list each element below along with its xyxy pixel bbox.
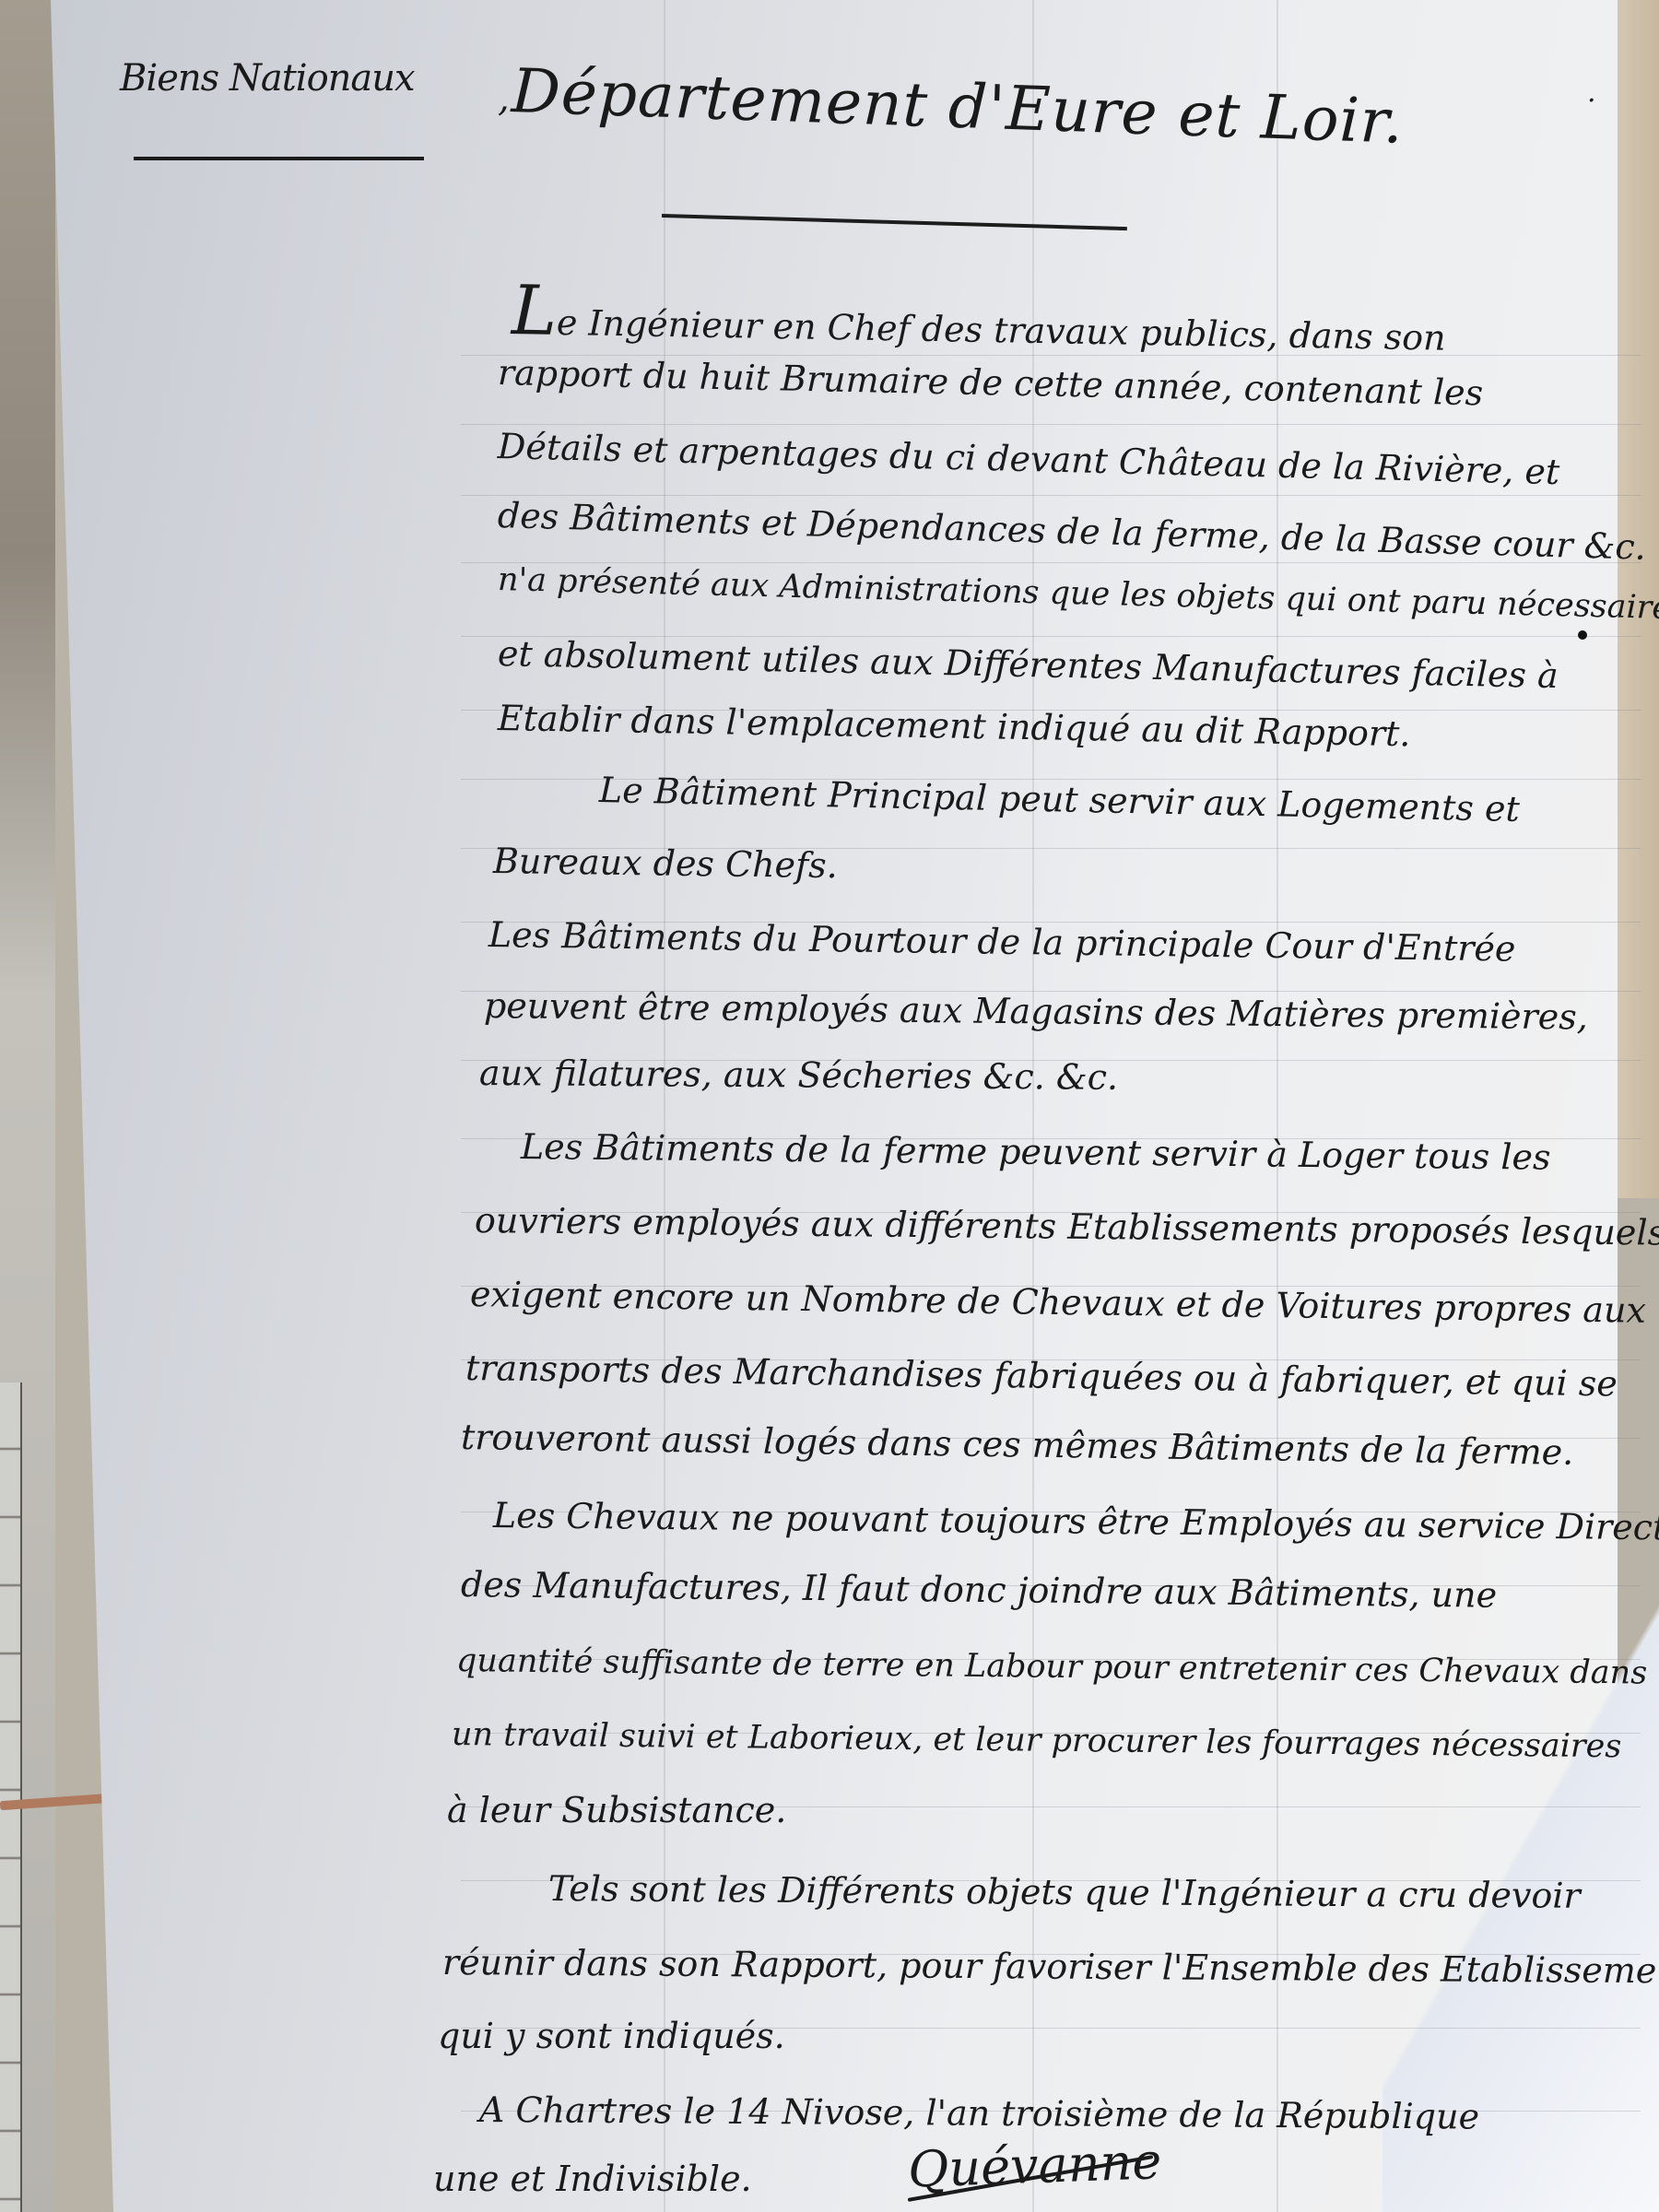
body-line: Tels sont les Différents objets que l'In… [548, 1871, 1581, 1913]
dropcap: L [511, 271, 558, 351]
body-line: à leur Subsistance. [447, 1793, 786, 1828]
page-edges-stack [0, 1382, 22, 2212]
left-heading: Biens Nationaux [120, 57, 415, 100]
body-line: réunir dans son Rapport, pour favoriser … [442, 1945, 1659, 1989]
body-line: A Chartres le 14 Nivose, l'an troisième … [479, 2092, 1479, 2135]
body-line: aux filatures, aux Sécheries &c. &c. [479, 1055, 1118, 1095]
body-line: Bureaux des Chefs. [493, 843, 838, 883]
ink-blot [1578, 630, 1587, 640]
body-line: des Manufactures, Il faut donc joindre a… [461, 1567, 1497, 1613]
body-line: une et Indivisible. [433, 2161, 752, 2196]
header-dot: · [1587, 85, 1596, 117]
header-separator: , [498, 77, 510, 120]
left-heading-underline [134, 157, 424, 160]
body-line: Les Bâtiments de la ferme peuvent servir… [521, 1129, 1551, 1175]
body-line: qui y sont indiqués. [438, 2018, 785, 2053]
signature: Quévanne [907, 2132, 1162, 2199]
